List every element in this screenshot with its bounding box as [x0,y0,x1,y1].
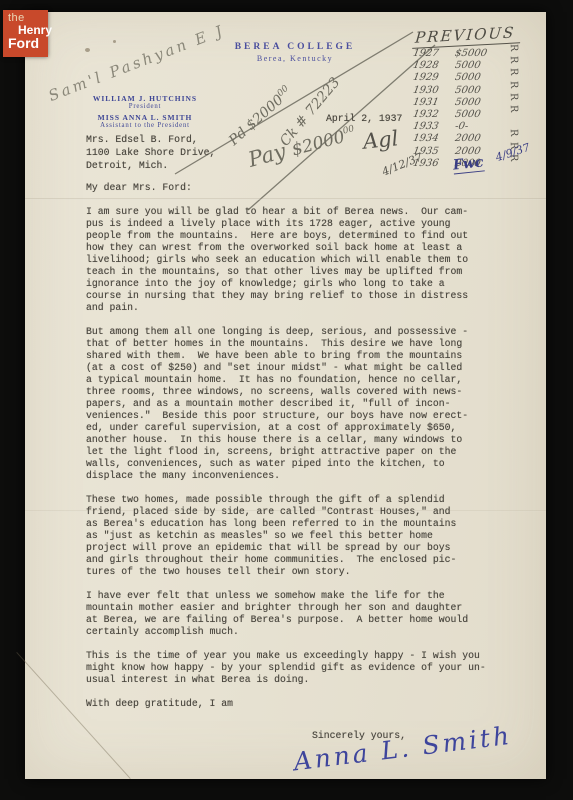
officer-name: WILLIAM J. HUTCHINS [55,94,235,103]
letterhead-college: BEREA COLLEGE Berea, Kentucky [195,42,395,63]
pay-cents: 00 [342,124,356,137]
previous-amount: 5000 [454,97,504,109]
previous-year: 1928 [412,60,456,72]
previous-year: 1930 [412,85,456,97]
paper-speck [113,40,116,43]
college-name: BEREA COLLEGE [195,42,395,52]
letter-body: My dear Mrs. Ford: I am sure you will be… [86,182,486,710]
approval-initials: Fwc [452,154,484,174]
previous-row: 19305000R [412,85,544,97]
officer-title: Assistant to the President [55,122,235,129]
previous-row: 1933-0- [412,121,544,133]
previous-year: 1927 [412,48,456,60]
initials-note: Agl [362,126,400,154]
previous-year: 1929 [412,72,456,84]
previous-year: 1935 [412,146,456,158]
previous-amount: 5000 [454,60,504,72]
previous-year: 1934 [412,133,456,145]
previous-amount: 5000 [454,109,504,121]
previous-year: 1931 [412,97,456,109]
previous-row: 19315000R [412,97,544,109]
pay-word: Pay [246,139,289,172]
letter-page: BEREA COLLEGE Berea, Kentucky WILLIAM J.… [25,12,546,779]
letterhead-officers: WILLIAM J. HUTCHINS President MISS ANNA … [55,94,235,132]
previous-amount: $5000 [454,48,504,60]
archive-scan-background: BEREA COLLEGE Berea, Kentucky WILLIAM J.… [0,0,573,800]
henry-ford-logo: the Henry Ford [3,10,48,57]
logo-ford: Ford [8,35,39,51]
previous-year: 1933 [412,121,456,133]
previous-row: 1927$5000R [412,48,544,60]
previous-amount: 5000 [454,85,504,97]
college-location: Berea, Kentucky [195,54,395,63]
previous-amount: 5000 [454,72,504,84]
pencil-scrawl: Sam'l Pashyan E J [46,21,227,105]
previous-amount: 2000 [454,133,504,145]
previous-year: 1932 [412,109,456,121]
previous-row: 19295000R [412,72,544,84]
recipient-address: Mrs. Edsel B. Ford, 1100 Lake Shore Driv… [86,133,215,172]
officer-title: President [55,103,235,110]
previous-year: 1936 [412,158,456,170]
officer-name: MISS ANNA L. SMITH [55,113,235,122]
previous-row: 19325000R [412,109,544,121]
paper-speck [85,48,90,52]
previous-row: 19285000R [412,60,544,72]
previous-amount: -0- [454,121,504,133]
letter-date: April 2, 1937 [326,113,402,124]
